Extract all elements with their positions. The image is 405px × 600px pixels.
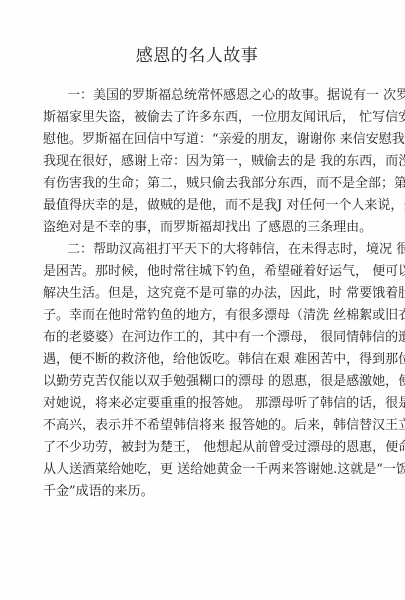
text-line: 斯福家里失盗，被偷去了许多东西，一位朋友闻讯后， 忙写信安 (43, 107, 371, 129)
text-line: 对她说，将来必定要重重的报答她。 那漂母听了韩信的话，很是 (43, 393, 371, 415)
document-page: 感恩的名人故事 一：美国的罗斯福总统常怀感恩之心的故事。据说有一 次罗 斯福家里… (0, 0, 405, 600)
text-line: 不高兴，表示并不希望韩信将来 报答她的。后来，韩信替汉王立 (43, 415, 371, 437)
text-line: 盗绝对是不幸的事，而罗斯福却找出 了感恩的三条理由。 (43, 217, 371, 239)
text-line: 以勤劳克苦仅能以双手勉强糊口的漂母 的恩惠，很是感激她，便 (43, 371, 371, 393)
text-line: 从人送酒菜给她吃，更 送给她黄金一千两来答谢她.这就是“一饭 (43, 459, 371, 481)
text-line: 是困苦。那时候，他时常往城下钓鱼，希望碰着好运气， 便可以 (43, 261, 371, 283)
text-line: 遇，便不断的救济他，给他饭吃。韩信在艰 难困苦中，得到那位 (43, 349, 371, 371)
text-line: 千金”成语的来历。 (43, 481, 371, 503)
document-body: 一：美国的罗斯福总统常怀感恩之心的故事。据说有一 次罗 斯福家里失盗，被偷去了许… (43, 85, 371, 503)
text-line: 有伤害我的生命；第二，贼只偷去我部分东西，而不是全部；第三， (43, 173, 371, 195)
text-line: 慰他。罗斯福在回信中写道：“亲爱的朋友，谢谢你 来信安慰我， (43, 129, 371, 151)
text-line: 解决生活。但是，这究竟不是可靠的办法，因此，时 常要饿着肚 (43, 283, 371, 305)
paragraph-hanxin: 二：帮助汉高祖打平天下的大将韩信，在未得志时，境况 很 是困苦。那时候，他时常往… (43, 239, 371, 503)
text-line: 我现在很好，感谢上帝：因为第一，贼偷去的是 我的东西，而没 (43, 151, 371, 173)
text-line: 布的老婆婆）在河边作工的，其中有一个漂母， 很同情韩信的遭 (43, 327, 371, 349)
text-line: 一：美国的罗斯福总统常怀感恩之心的故事。据说有一 次罗 (43, 85, 371, 107)
text-line: 子。幸而在他时常钓鱼的地方，有很多漂母（清洗 丝棉絮或旧衣 (43, 305, 371, 327)
document-title: 感恩的名人故事 (0, 41, 394, 66)
text-line: 了不少功劳，被封为楚王， 他想起从前曾受过漂母的恩惠，便命 (43, 437, 371, 459)
text-line: 二：帮助汉高祖打平天下的大将韩信，在未得志时，境况 很 (43, 239, 371, 261)
text-line: 最值得庆幸的是，做贼的是他，而不是我J 对任何一个人来说，失 (43, 195, 371, 217)
paragraph-roosevelt: 一：美国的罗斯福总统常怀感恩之心的故事。据说有一 次罗 斯福家里失盗，被偷去了许… (43, 85, 371, 239)
